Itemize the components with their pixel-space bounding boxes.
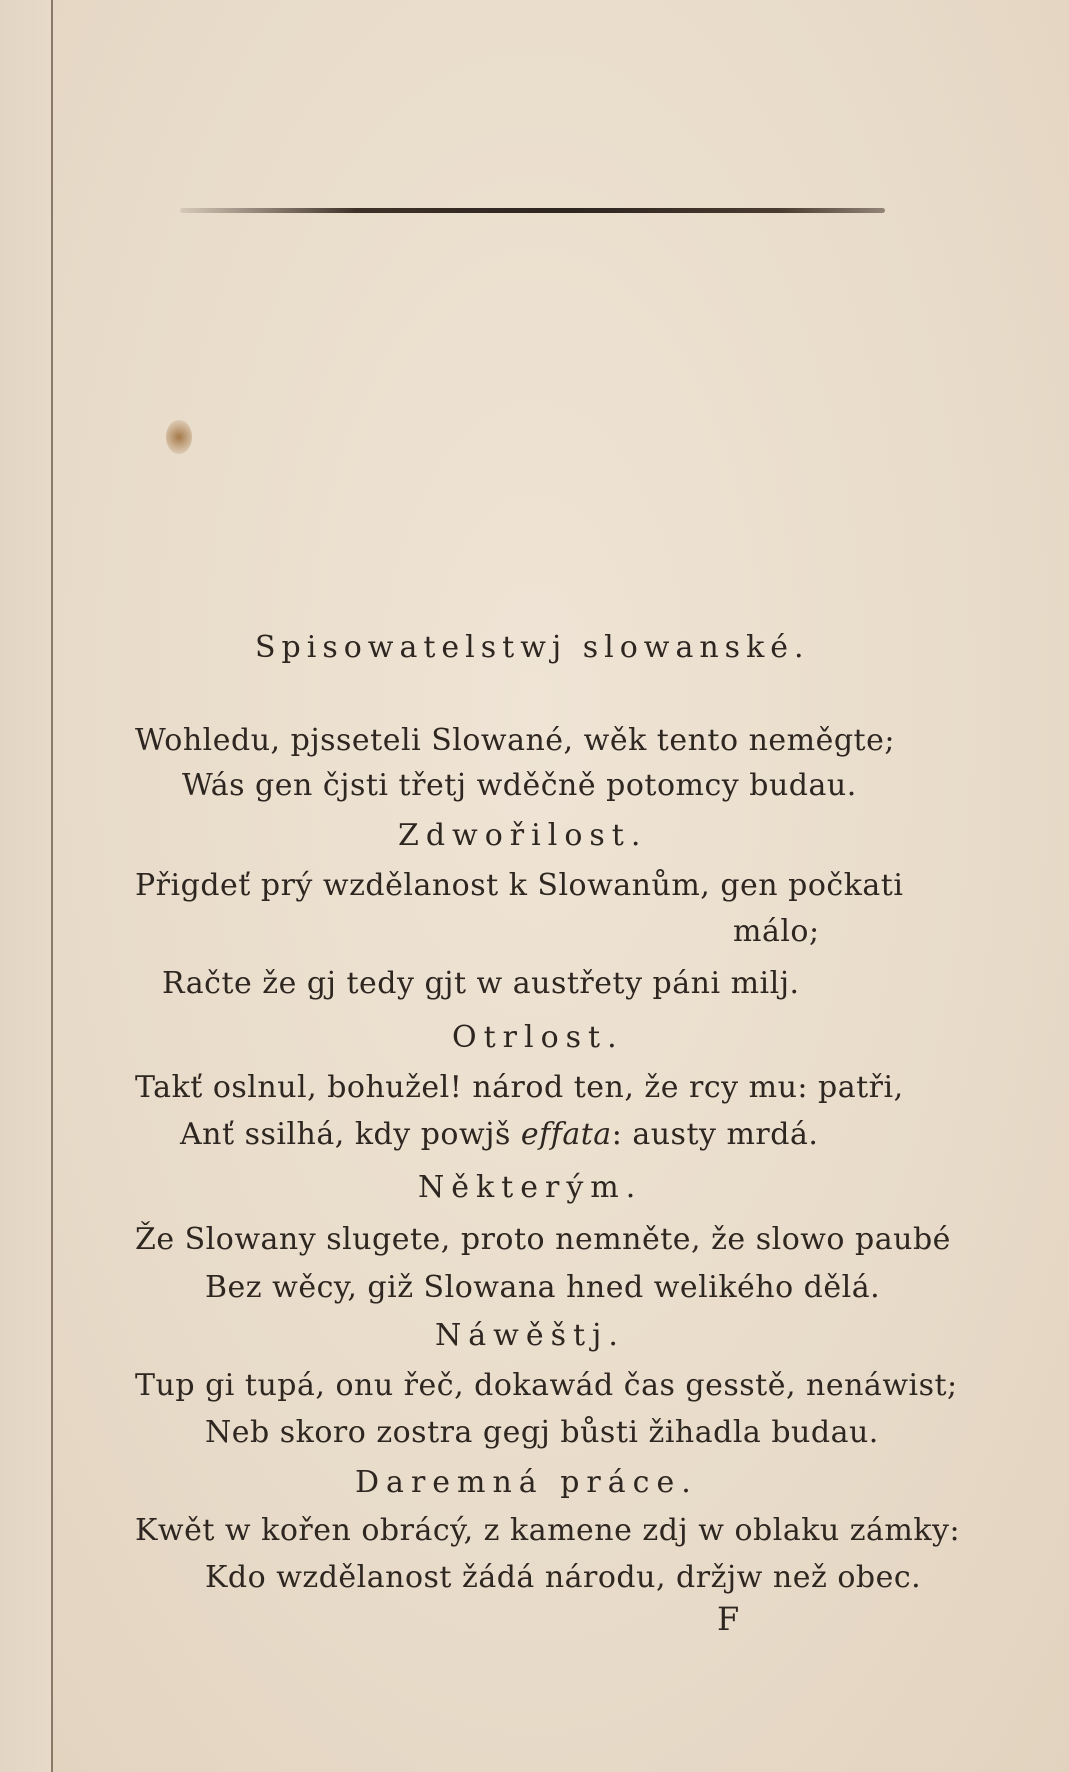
verse-line: Přigdeť prý wzdělanost k Slowanům, gen p…: [135, 868, 903, 903]
verse-line: Že Slowany slugete, proto nemněte, že sl…: [135, 1222, 951, 1257]
verse-line: Kwět w kořen obrácý, z kamene zdj w obla…: [135, 1513, 960, 1548]
epigram-heading: Některým.: [418, 1170, 642, 1205]
latin-word: effata: [521, 1117, 612, 1152]
signature-mark: F: [717, 1600, 740, 1638]
verse-line: Bez wěcy, giž Slowana hned welikého dělá…: [205, 1270, 880, 1305]
verse-line: Kdo wzdělanost žádá národu, držjw než ob…: [205, 1560, 921, 1595]
epigram-heading: Daremná práce.: [355, 1465, 698, 1500]
epigram-heading: Otrlost.: [452, 1020, 624, 1055]
verse-text: Anť ssilhá, kdy powjš: [180, 1117, 511, 1152]
epigram-heading: Náwěštj.: [435, 1318, 625, 1353]
header-rule: [180, 208, 885, 213]
verse-line: Neb skoro zostra gegj bůsti žihadla buda…: [205, 1415, 879, 1450]
book-page: Spisowatelstwj slowanské. Wohledu, pjsse…: [0, 0, 1069, 1772]
facing-page-edge: [0, 0, 52, 1772]
verse-line: Takť oslnul, bohužel! národ ten, že rcy …: [135, 1070, 904, 1105]
gutter-line: [51, 0, 53, 1772]
epigram-heading: Zdwořilost.: [398, 818, 647, 853]
verse-text: : austy mrdá.: [612, 1117, 819, 1152]
verse-line: Wohledu, pjsseteli Slowané, wěk tento ne…: [135, 723, 895, 758]
verse-line: Wás gen čjsti třetj wděčně potomcy budau…: [182, 768, 857, 803]
verse-line: Anť ssilhá, kdy powjš effata: austy mrdá…: [180, 1117, 818, 1152]
verse-line: Račte že gj tedy gjt w austřety páni mil…: [162, 966, 800, 1001]
verse-line: Tup gi tupá, onu řeč, dokawád čas gesstě…: [135, 1368, 958, 1403]
paper-stain: [166, 420, 192, 454]
page-title: Spisowatelstwj slowanské.: [255, 630, 810, 665]
verse-line: málo;: [733, 914, 820, 949]
